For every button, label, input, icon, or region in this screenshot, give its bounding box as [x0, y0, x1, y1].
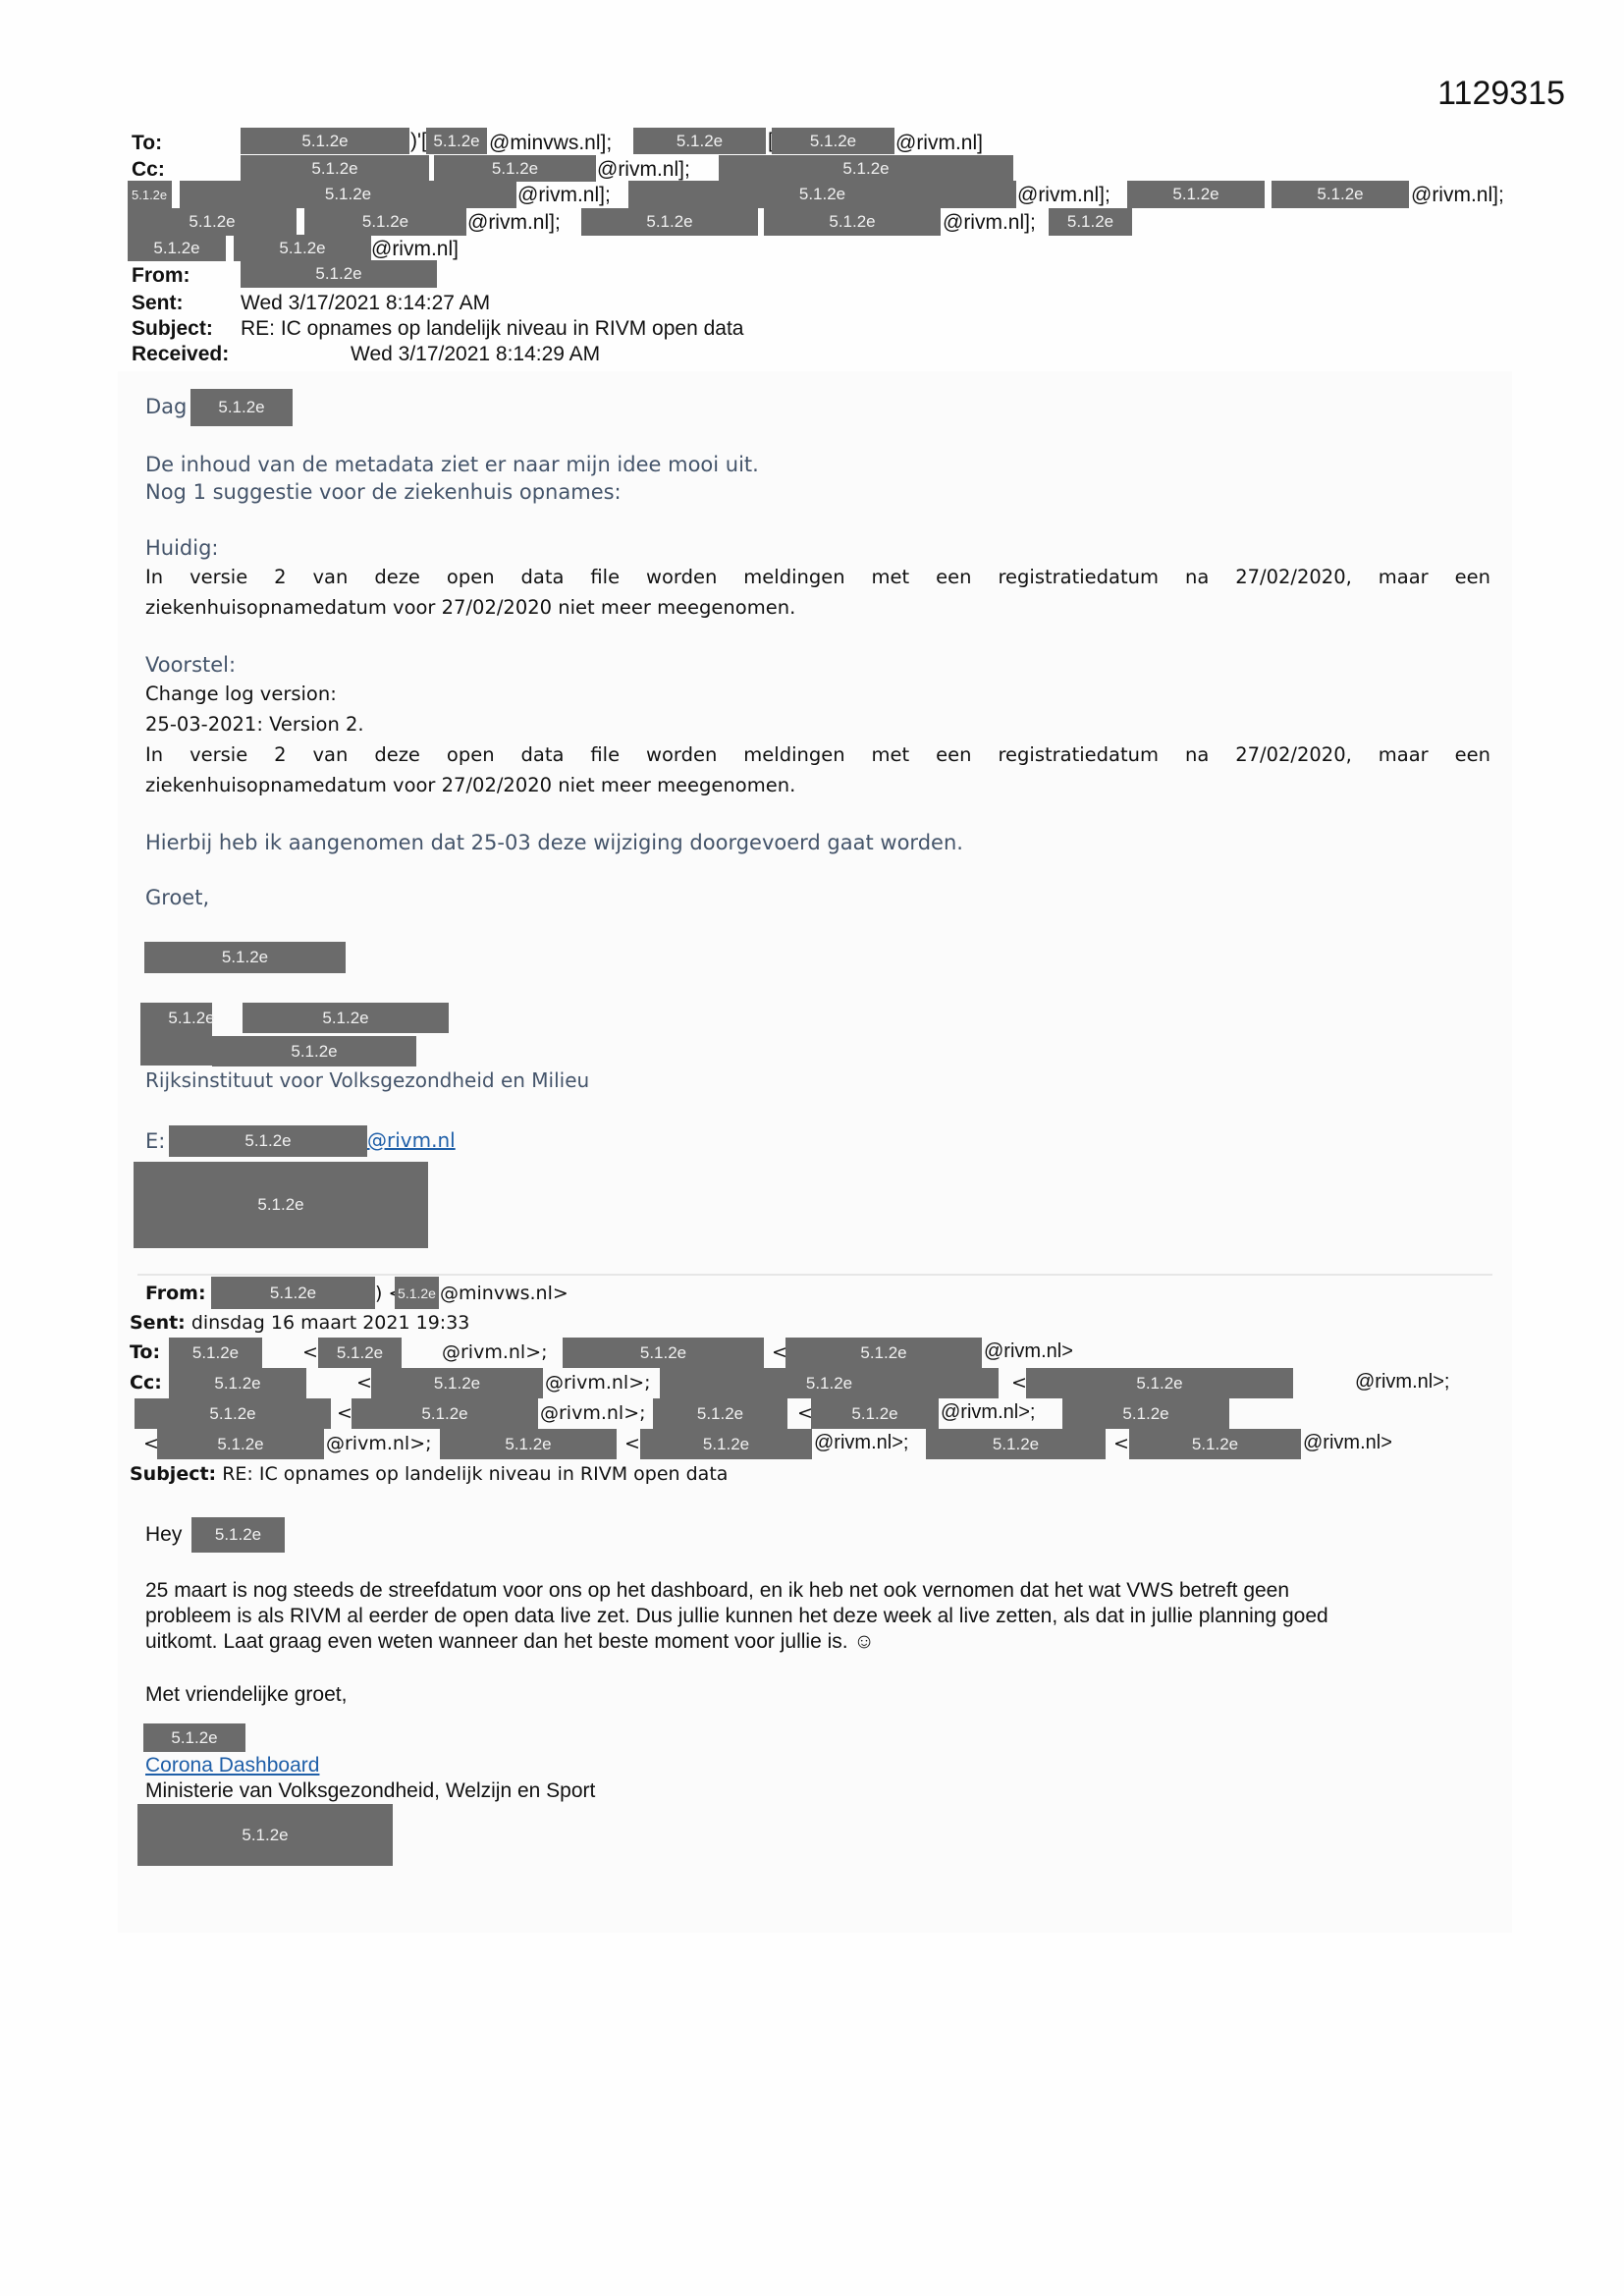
lt: <: [1113, 1433, 1129, 1454]
m2-closing: Met vriendelijke groet,: [145, 1683, 347, 1707]
redaction: 5.1.2e: [772, 128, 894, 154]
redaction: 5.1.2e: [563, 1338, 764, 1368]
organization: Rijksinstituut voor Volksgezondheid en M…: [145, 1068, 589, 1092]
redaction: 5.1.2e: [135, 1398, 331, 1429]
m2-cc-domain: @rivm.nl>;: [540, 1402, 646, 1424]
subject-value: RE: IC opnames op landelijk niveau in RI…: [241, 316, 743, 342]
signature-name-redacted: 5.1.2e: [144, 942, 346, 973]
m2-sent-value: dinsdag 16 maart 2021 19:33: [191, 1312, 470, 1334]
redaction: 5.1.2e: [352, 1398, 538, 1429]
redaction: 5.1.2e: [1049, 208, 1132, 236]
redaction: 5.1.2e: [191, 1517, 285, 1553]
redaction: 5.1.2e: [653, 1398, 787, 1429]
m2-to-domain: @rivm.nl>;: [442, 1341, 548, 1363]
to-fragment: )'[: [410, 129, 427, 154]
redaction: 5.1.2e: [169, 1338, 262, 1368]
proposal-label: Voorstel:: [145, 653, 236, 677]
redaction: 5.1.2e: [169, 1368, 306, 1398]
m2-cc-domain: @rivm.nl>;: [545, 1372, 651, 1394]
from-label: From:: [132, 263, 190, 289]
signature-name-redacted: 5.1.2e: [143, 1723, 245, 1752]
changelog-label: Change log version:: [145, 683, 337, 705]
redaction: 5.1.2e: [304, 208, 466, 236]
message-line: De inhoud van de metadata ziet er naar m…: [145, 453, 759, 476]
assumption-text: Hierbij heb ik aangenomen dat 25-03 deze…: [145, 831, 963, 854]
cc-address-domain: @rivm.nl];: [467, 210, 561, 236]
m2-to-domain: @rivm.nl>: [984, 1340, 1073, 1363]
redaction: 5.1.2e: [211, 1277, 375, 1309]
redaction: 5.1.2e: [157, 1429, 324, 1459]
m2-cc-domain: @rivm.nl>;: [1355, 1371, 1449, 1394]
redaction: 5.1.2e: [128, 181, 172, 208]
signature-image-redacted: 5.1.2e: [137, 1804, 393, 1866]
redaction: 5.1.2e: [212, 1036, 416, 1066]
current-text: In versie 2 van deze open data file word…: [145, 566, 1490, 588]
m2-cc-domain: @rivm.nl>;: [326, 1433, 432, 1454]
redaction: 5.1.2e: [633, 128, 766, 154]
lt: <: [337, 1402, 352, 1424]
cc-address-domain: @rivm.nl]: [371, 237, 459, 262]
to-address-domain: @minvws.nl];: [489, 131, 612, 156]
redaction: 5.1.2e: [169, 1125, 367, 1157]
lt: <: [1011, 1372, 1027, 1394]
message-line: Nog 1 suggestie voor de ziekenhuis opnam…: [145, 480, 622, 504]
redaction: 5.1.2e: [1062, 1398, 1229, 1429]
redaction: 5.1.2e: [234, 235, 371, 261]
m2-subject: Subject: RE: IC opnames op landelijk niv…: [130, 1463, 728, 1485]
m2-subject-value: RE: IC opnames op landelijk niveau in RI…: [222, 1463, 728, 1485]
m2-greeting: Hey: [145, 1523, 182, 1547]
m2-cc-domain: @rivm.nl>;: [941, 1401, 1035, 1424]
corona-dashboard-link[interactable]: Corona Dashboard: [145, 1754, 319, 1777]
m2-to-label: To:: [130, 1341, 160, 1363]
m2-cc-label: Cc:: [130, 1372, 162, 1394]
redaction: 5.1.2e: [1127, 181, 1265, 208]
redaction: 5.1.2e: [243, 1003, 449, 1033]
proposal-text-cont: ziekenhuisopnamedatum voor 27/02/2020 ni…: [145, 774, 795, 796]
redaction: 5.1.2e: [180, 181, 516, 208]
redaction: 5.1.2e: [426, 128, 487, 154]
sent-label: Sent:: [132, 291, 184, 316]
redaction: 5.1.2e: [1129, 1429, 1301, 1459]
received-label: Received:: [132, 342, 229, 367]
redaction: 5.1.2e: [241, 155, 429, 182]
proposal-text: In versie 2 van deze open data file word…: [145, 743, 1490, 766]
document-number: 1129315: [1437, 75, 1565, 113]
redaction: 5.1.2e: [1272, 181, 1409, 208]
subject-label: Subject:: [132, 316, 213, 342]
redaction: 5.1.2e: [241, 260, 437, 288]
redaction: 5.1.2e: [371, 1368, 543, 1398]
m2-from-domain: @minvws.nl>: [440, 1283, 568, 1304]
m2-paragraph-line: 25 maart is nog steeds de streefdatum vo…: [145, 1579, 1289, 1603]
sent-value: Wed 3/17/2021 8:14:27 AM: [241, 291, 490, 316]
to-label: To:: [132, 131, 162, 156]
m2-paragraph-line: probleem is als RIVM al eerder de open d…: [145, 1605, 1328, 1628]
m2-cc-domain: @rivm.nl>;: [814, 1432, 908, 1454]
cc-address-domain: @rivm.nl];: [597, 157, 690, 183]
m2-cc-domain: @rivm.nl>: [1303, 1432, 1392, 1454]
message-divider: [137, 1274, 1492, 1276]
redaction: 5.1.2e: [241, 128, 409, 154]
m2-organization: Ministerie van Volksgezondheid, Welzijn …: [145, 1779, 595, 1803]
current-text-cont: ziekenhuisopnamedatum voor 27/02/2020 ni…: [145, 596, 795, 619]
to-address-domain: @rivm.nl]: [895, 131, 983, 156]
redaction: 5.1.2e: [128, 235, 226, 261]
redaction-label: 5.1.2e: [140, 1003, 243, 1034]
cc-label: Cc:: [132, 157, 165, 183]
m2-from-label: From:: [145, 1283, 206, 1304]
redaction: 5.1.2e: [318, 1338, 402, 1368]
lt: <: [624, 1433, 640, 1454]
redaction: 5.1.2e: [764, 208, 941, 236]
current-label: Huidig:: [145, 536, 219, 560]
redaction: 5.1.2e: [581, 208, 758, 236]
lt: <: [356, 1372, 372, 1394]
redaction: 5.1.2e: [640, 1429, 812, 1459]
cc-address-domain: @rivm.nl];: [1017, 183, 1110, 208]
m2-sent: Sent: dinsdag 16 maart 2021 19:33: [130, 1312, 469, 1334]
redaction: 5.1.2e: [785, 1338, 982, 1368]
email-label: E:: [145, 1129, 165, 1153]
cc-address-domain: @rivm.nl];: [517, 183, 611, 208]
email-link[interactable]: @rivm.nl: [367, 1128, 456, 1152]
redaction: 5.1.2e: [190, 389, 293, 426]
redaction: 5.1.2e: [660, 1368, 999, 1398]
redaction: 5.1.2e: [434, 155, 596, 182]
cc-address-domain: @rivm.nl];: [943, 210, 1036, 236]
greeting: Dag: [145, 395, 187, 418]
redaction: 5.1.2e: [1026, 1368, 1293, 1398]
closing: Groet,: [145, 886, 209, 909]
lt: <: [302, 1341, 318, 1363]
redaction: 5.1.2e: [128, 208, 297, 236]
m2-paragraph-line: uitkomt. Laat graag even weten wanneer d…: [145, 1630, 875, 1654]
redaction: 5.1.2e: [628, 181, 1016, 208]
signature-image-redacted: 5.1.2e: [134, 1162, 428, 1248]
received-value: Wed 3/17/2021 8:14:29 AM: [351, 342, 600, 367]
redaction: 5.1.2e: [395, 1277, 439, 1309]
redaction: 5.1.2e: [926, 1429, 1106, 1459]
changelog-entry: 25-03-2021: Version 2.: [145, 713, 364, 736]
cc-address-domain: @rivm.nl];: [1411, 183, 1504, 208]
redaction: 5.1.2e: [811, 1398, 939, 1429]
redaction: 5.1.2e: [719, 155, 1013, 182]
redaction: 5.1.2e: [440, 1429, 617, 1459]
